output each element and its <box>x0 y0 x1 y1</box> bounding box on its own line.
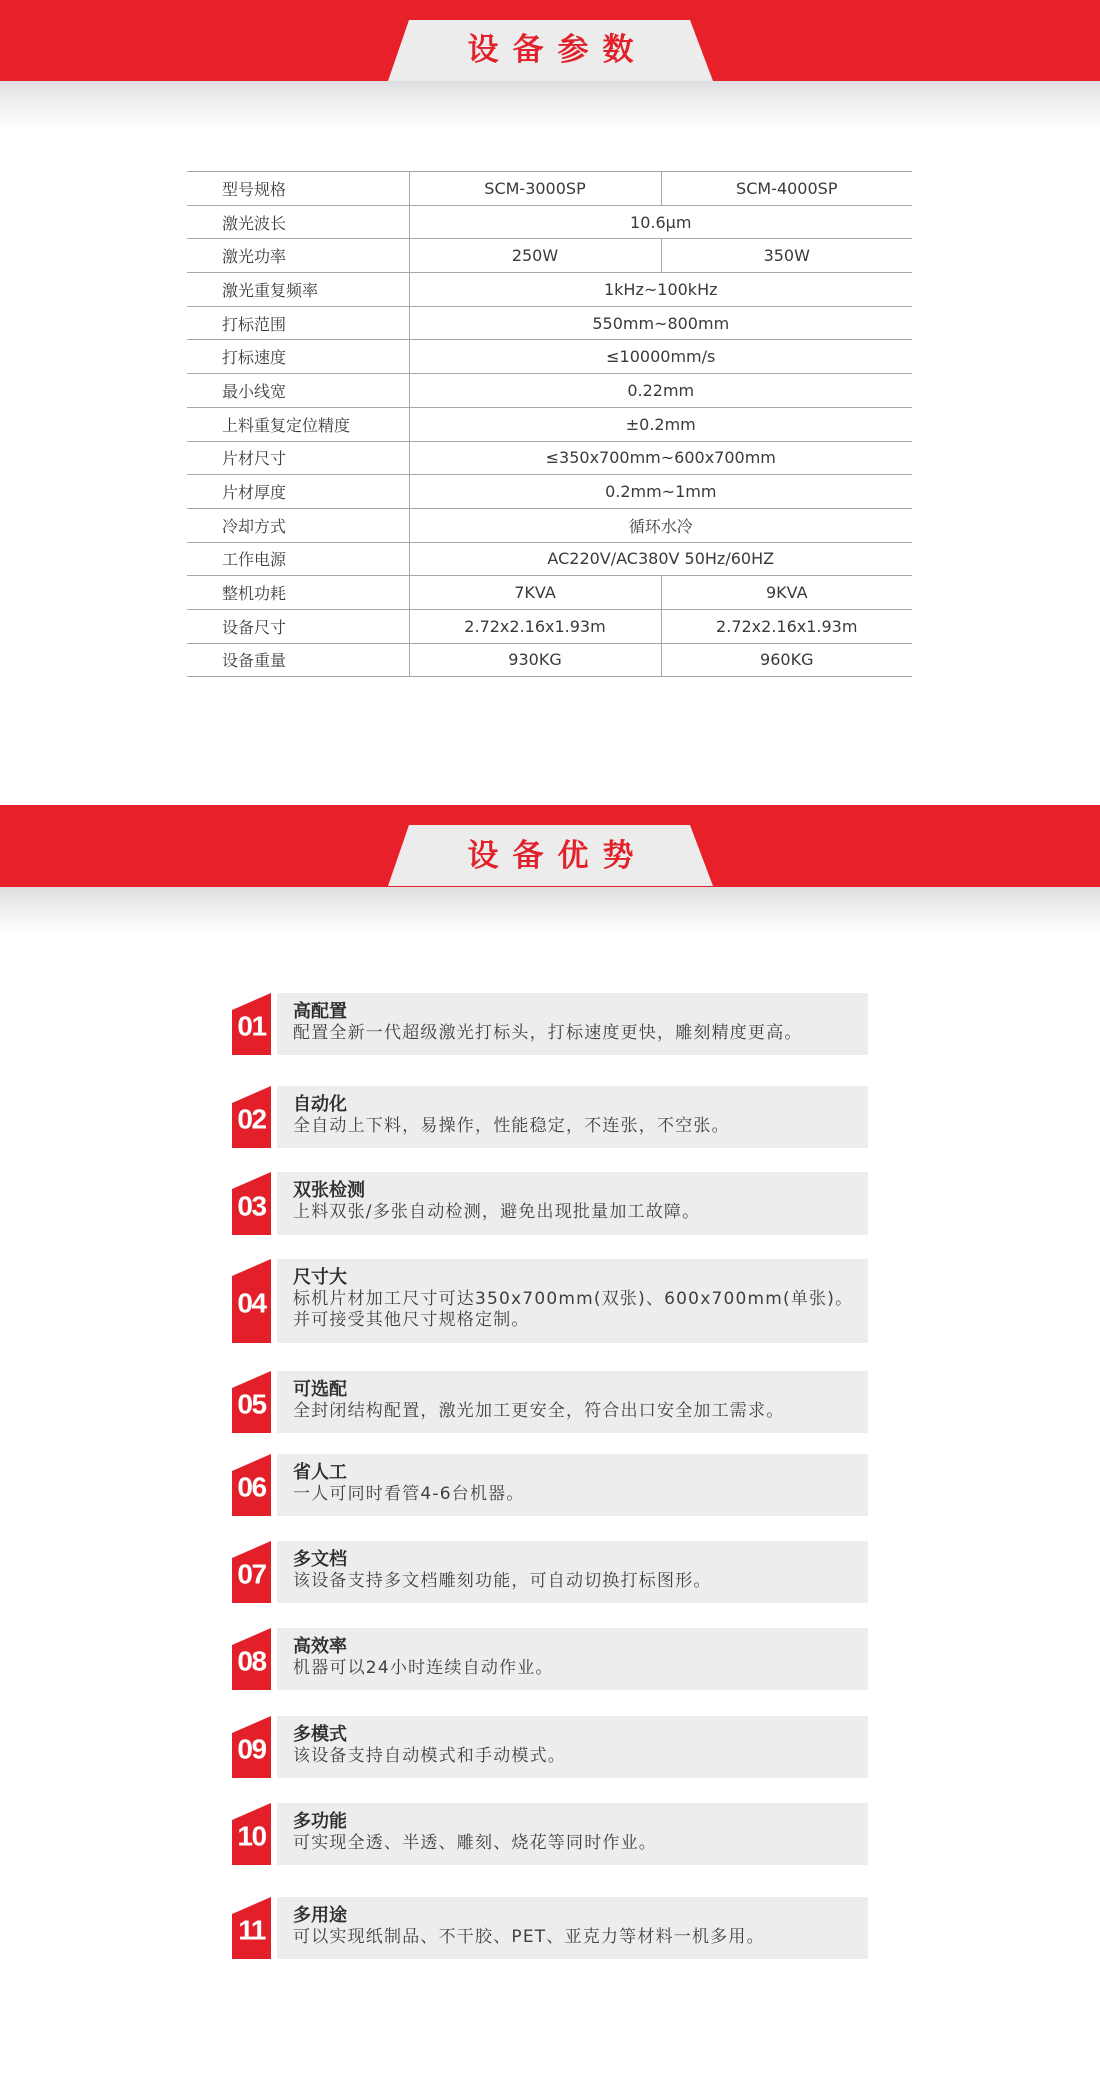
advantages-section-header: 设备优势 <box>0 805 1100 935</box>
spec-value-model-2: 2.72x2.16x1.93m <box>661 609 912 643</box>
spec-label: 设备重量 <box>187 643 409 677</box>
spec-value: 10.6μm <box>409 205 912 239</box>
advantage-item: 02自动化全自动上下料，易操作，性能稳定，不连张，不空张。 <box>232 1086 868 1148</box>
advantage-content: 多文档该设备支持多文档雕刻功能，可自动切换打标图形。 <box>277 1541 868 1603</box>
advantage-content: 多功能可实现全透、半透、雕刻、烧花等同时作业。 <box>277 1803 868 1865</box>
spec-row: 打标范围550mm~800mm <box>187 306 912 340</box>
advantage-title: 双张检测 <box>293 1180 868 1202</box>
spec-row: 设备尺寸2.72x2.16x1.93m2.72x2.16x1.93m <box>187 609 912 643</box>
advantage-title: 可选配 <box>293 1379 868 1401</box>
advantage-item: 10多功能可实现全透、半透、雕刻、烧花等同时作业。 <box>232 1803 868 1865</box>
spec-value-model-1: 250W <box>409 239 661 273</box>
spec-value-model-2: 960KG <box>661 643 912 677</box>
spec-row: 激光功率250W350W <box>187 239 912 273</box>
spec-row: 最小线宽0.22mm <box>187 374 912 408</box>
spec-value: ±0.2mm <box>409 407 912 441</box>
spec-row: 激光重复频率1kHz~100kHz <box>187 273 912 307</box>
spec-label: 上料重复定位精度 <box>187 407 409 441</box>
spec-row: 片材厚度0.2mm~1mm <box>187 475 912 509</box>
advantage-title: 多模式 <box>293 1724 868 1746</box>
spec-label: 激光波长 <box>187 205 409 239</box>
advantage-item: 01高配置配置全新一代超级激光打标头，打标速度更快，雕刻精度更高。 <box>232 993 868 1055</box>
advantage-content: 高效率机器可以24小时连续自动作业。 <box>277 1628 868 1690</box>
header-shadow <box>0 81 1100 129</box>
spec-value: ≤10000mm/s <box>409 340 912 374</box>
advantage-title: 高效率 <box>293 1636 868 1658</box>
advantage-description: 上料双张/多张自动检测，避免出现批量加工故障。 <box>293 1202 868 1223</box>
spec-value-model-2: SCM-4000SP <box>661 172 912 206</box>
spec-row: 片材尺寸≤350x700mm~600x700mm <box>187 441 912 475</box>
item-number: 08 <box>232 1646 271 1676</box>
spec-row: 打标速度≤10000mm/s <box>187 340 912 374</box>
advantage-content: 双张检测上料双张/多张自动检测，避免出现批量加工故障。 <box>277 1172 868 1235</box>
advantage-content: 尺寸大标机片材加工尺寸可达350x700mm(双张)、600x700mm(单张)… <box>277 1259 868 1343</box>
spec-label: 冷却方式 <box>187 508 409 542</box>
advantages-section-title: 设备优势 <box>388 825 713 887</box>
spec-label: 激光功率 <box>187 239 409 273</box>
item-number: 10 <box>232 1821 271 1851</box>
advantage-content: 高配置配置全新一代超级激光打标头，打标速度更快，雕刻精度更高。 <box>277 993 868 1055</box>
spec-label: 最小线宽 <box>187 374 409 408</box>
advantage-description: 全自动上下料，易操作，性能稳定，不连张，不空张。 <box>293 1116 868 1137</box>
advantage-description: 该设备支持多文档雕刻功能，可自动切换打标图形。 <box>293 1571 868 1592</box>
spec-row: 激光波长10.6μm <box>187 205 912 239</box>
spec-table: 型号规格SCM-3000SPSCM-4000SP激光波长10.6μm激光功率25… <box>187 171 912 677</box>
advantage-item: 07多文档该设备支持多文档雕刻功能，可自动切换打标图形。 <box>232 1541 868 1603</box>
spec-row: 设备重量930KG960KG <box>187 643 912 677</box>
advantage-item: 05可选配全封闭结构配置，激光加工更安全，符合出口安全加工需求。 <box>232 1371 868 1433</box>
spec-value: 0.2mm~1mm <box>409 475 912 509</box>
advantage-description: 可以实现纸制品、不干胶、PET、亚克力等材料一机多用。 <box>293 1927 868 1948</box>
advantage-title: 高配置 <box>293 1001 868 1023</box>
spec-row: 工作电源AC220V/AC380V 50Hz/60HZ <box>187 542 912 576</box>
advantage-item: 04尺寸大标机片材加工尺寸可达350x700mm(双张)、600x700mm(单… <box>232 1259 868 1343</box>
advantage-description: 全封闭结构配置，激光加工更安全，符合出口安全加工需求。 <box>293 1401 868 1422</box>
spec-value: 550mm~800mm <box>409 306 912 340</box>
spec-value: 循环水冷 <box>409 508 912 542</box>
spec-label: 打标速度 <box>187 340 409 374</box>
item-number: 11 <box>232 1915 271 1945</box>
spec-value: AC220V/AC380V 50Hz/60HZ <box>409 542 912 576</box>
item-number: 05 <box>232 1389 271 1419</box>
advantage-content: 省人工一人可同时看管4-6台机器。 <box>277 1454 868 1516</box>
spec-row: 冷却方式循环水冷 <box>187 508 912 542</box>
spec-value-model-1: 7KVA <box>409 576 661 610</box>
params-section-title: 设备参数 <box>388 20 713 81</box>
spec-label: 片材厚度 <box>187 475 409 509</box>
item-number: 04 <box>232 1288 271 1318</box>
spec-value: ≤350x700mm~600x700mm <box>409 441 912 475</box>
spec-row: 整机功耗7KVA9KVA <box>187 576 912 610</box>
spec-label: 整机功耗 <box>187 576 409 610</box>
advantage-description: 可实现全透、半透、雕刻、烧花等同时作业。 <box>293 1833 868 1854</box>
advantage-item: 08高效率机器可以24小时连续自动作业。 <box>232 1628 868 1690</box>
item-number: 01 <box>232 1011 271 1041</box>
spec-value-model-1: SCM-3000SP <box>409 172 661 206</box>
advantage-description: 并可接受其他尺寸规格定制。 <box>293 1310 868 1331</box>
advantage-content: 可选配全封闭结构配置，激光加工更安全，符合出口安全加工需求。 <box>277 1371 868 1433</box>
spec-label: 片材尺寸 <box>187 441 409 475</box>
item-number: 03 <box>232 1191 271 1221</box>
advantage-item: 06省人工一人可同时看管4-6台机器。 <box>232 1454 868 1516</box>
advantage-description: 该设备支持自动模式和手动模式。 <box>293 1746 868 1767</box>
spec-label: 打标范围 <box>187 306 409 340</box>
advantage-description: 机器可以24小时连续自动作业。 <box>293 1658 868 1679</box>
header-shadow <box>0 887 1100 935</box>
spec-label: 工作电源 <box>187 542 409 576</box>
advantage-title: 多文档 <box>293 1549 868 1571</box>
item-number: 07 <box>232 1559 271 1589</box>
advantage-description: 一人可同时看管4-6台机器。 <box>293 1484 868 1505</box>
spec-row: 上料重复定位精度±0.2mm <box>187 407 912 441</box>
spec-row: 型号规格SCM-3000SPSCM-4000SP <box>187 172 912 206</box>
advantage-content: 多用途可以实现纸制品、不干胶、PET、亚克力等材料一机多用。 <box>277 1897 868 1959</box>
advantage-description: 配置全新一代超级激光打标头，打标速度更快，雕刻精度更高。 <box>293 1023 868 1044</box>
advantage-title: 多功能 <box>293 1811 868 1833</box>
params-section-header: 设备参数 <box>0 0 1100 130</box>
advantage-item: 09多模式该设备支持自动模式和手动模式。 <box>232 1716 868 1778</box>
spec-value-model-1: 2.72x2.16x1.93m <box>409 609 661 643</box>
advantage-description: 标机片材加工尺寸可达350x700mm(双张)、600x700mm(单张)。 <box>293 1289 868 1310</box>
item-number: 09 <box>232 1734 271 1764</box>
advantage-content: 多模式该设备支持自动模式和手动模式。 <box>277 1716 868 1778</box>
advantage-item: 11多用途可以实现纸制品、不干胶、PET、亚克力等材料一机多用。 <box>232 1897 868 1959</box>
advantage-title: 自动化 <box>293 1094 868 1116</box>
spec-value: 0.22mm <box>409 374 912 408</box>
advantage-title: 尺寸大 <box>293 1267 868 1289</box>
advantage-title: 省人工 <box>293 1462 868 1484</box>
spec-label: 型号规格 <box>187 172 409 206</box>
spec-label: 设备尺寸 <box>187 609 409 643</box>
item-number: 02 <box>232 1104 271 1134</box>
spec-value: 1kHz~100kHz <box>409 273 912 307</box>
spec-value-model-2: 9KVA <box>661 576 912 610</box>
advantage-title: 多用途 <box>293 1905 868 1927</box>
spec-value-model-2: 350W <box>661 239 912 273</box>
spec-value-model-1: 930KG <box>409 643 661 677</box>
item-number: 06 <box>232 1472 271 1502</box>
advantage-item: 03双张检测上料双张/多张自动检测，避免出现批量加工故障。 <box>232 1172 868 1235</box>
spec-label: 激光重复频率 <box>187 273 409 307</box>
advantage-content: 自动化全自动上下料，易操作，性能稳定，不连张，不空张。 <box>277 1086 868 1148</box>
